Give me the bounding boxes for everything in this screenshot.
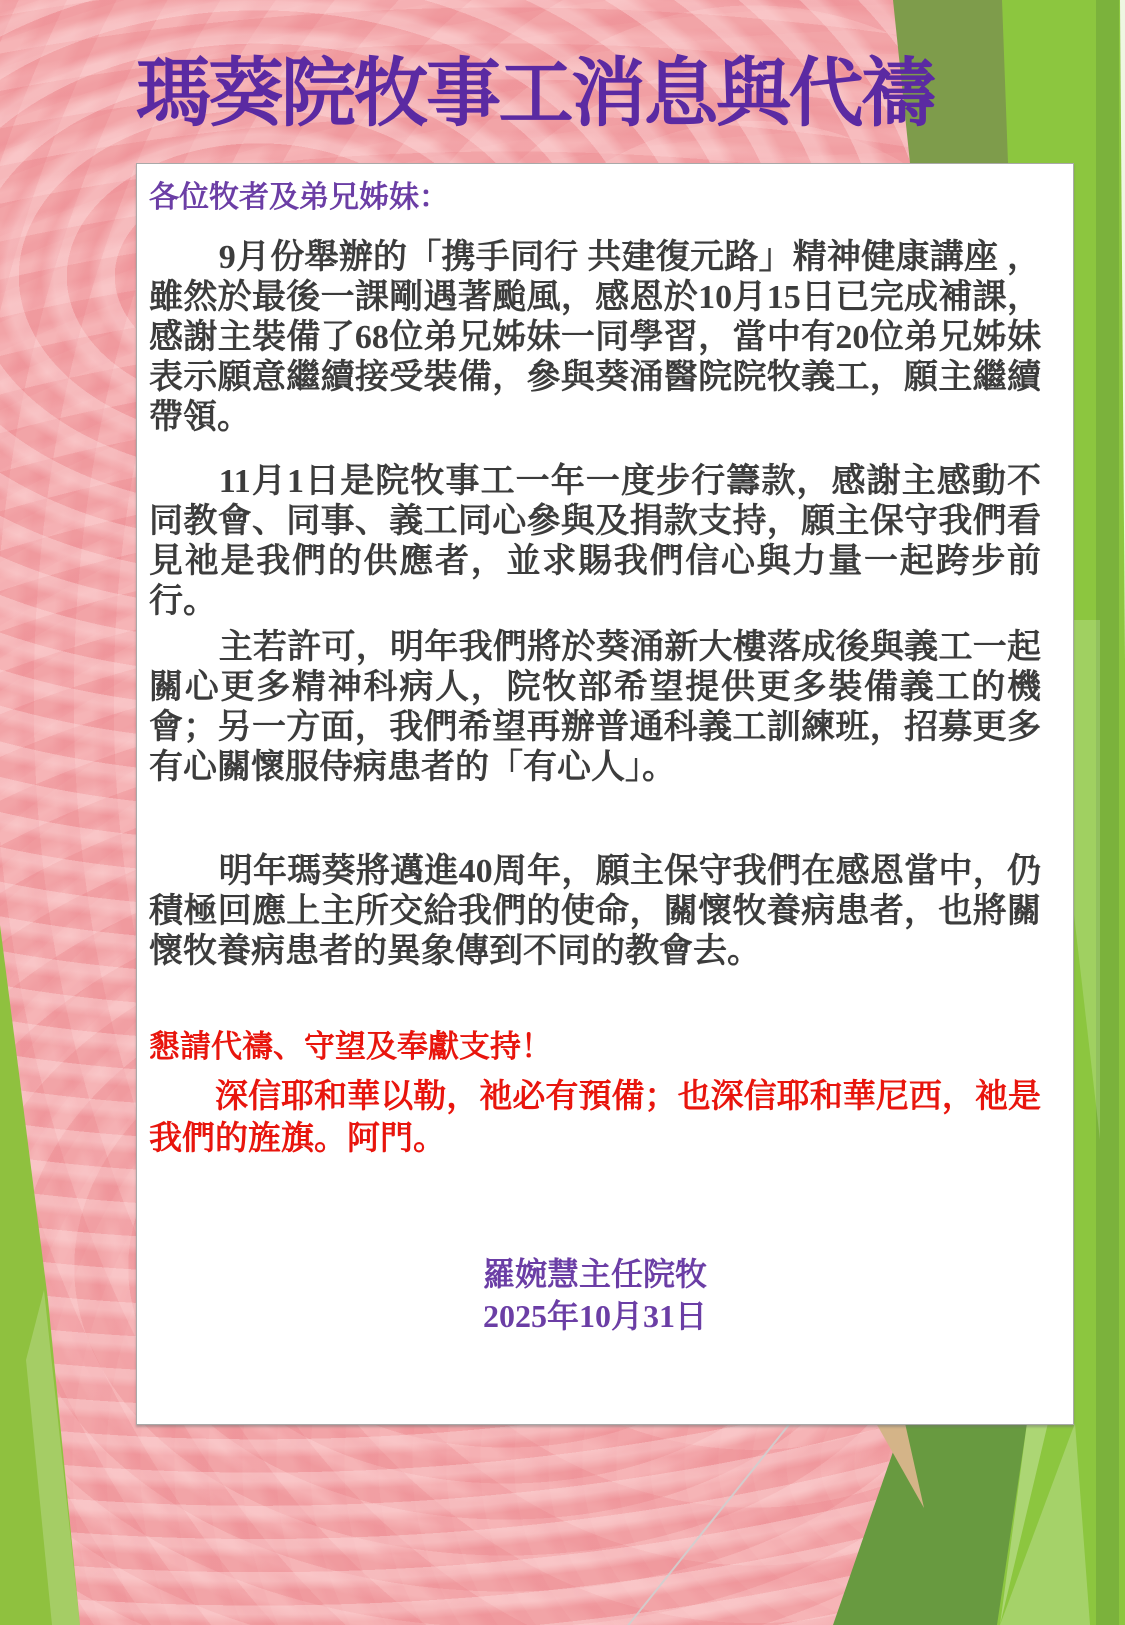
paragraph-40th-anniversary: 明年瑪葵將邁進40周年，願主保守我們在感恩當中，仍積極回應上主所交給我們的使命，… [149, 852, 1041, 972]
page-title: 瑪葵院牧事工消息與代禱 [136, 54, 966, 137]
newsletter-page: 瑪葵院牧事工消息與代禱 各位牧者及弟兄姊妹： 9月份舉辦的「携手同行 共建復元路… [0, 0, 1125, 1625]
appeal-line: 懇請代禱、守望及奉獻支持！ [149, 1021, 1041, 1066]
declaration-line: 深信耶和華以勒，祂必有預備；也深信耶和華尼西，祂是我們的旌旗。阿門。 [149, 1075, 1041, 1159]
stem-line-decoration [626, 1423, 790, 1625]
salutation: 各位牧者及弟兄姊妹： [149, 172, 1041, 216]
olive-stripe-bottom [0, 1423, 1125, 1625]
paragraph-seminar: 9月份舉辦的「携手同行 共建復元路」精神健康講座 ，雖然於最後一課剛遇著颱風，感… [149, 238, 1041, 438]
paragraph-walkathon: 11月1日是院牧事工一年一度步行籌款，感謝主感動不同教會、同事、義工同心參與及捐… [149, 462, 1041, 622]
letter-card: 各位牧者及弟兄姊妹： 9月份舉辦的「携手同行 共建復元路」精神健康講座 ，雖然於… [136, 163, 1074, 1425]
signature-date: 2025年10月31日 [149, 1295, 1041, 1337]
paragraph-new-building: 主若許可，明年我們將於葵涌新大樓落成後與義工一起關心更多精神科病人，院牧部希望提… [149, 628, 1041, 788]
signature-block: 羅婉慧主任院牧 2025年10月31日 [149, 1253, 1041, 1337]
signature-name: 羅婉慧主任院牧 [149, 1253, 1041, 1295]
